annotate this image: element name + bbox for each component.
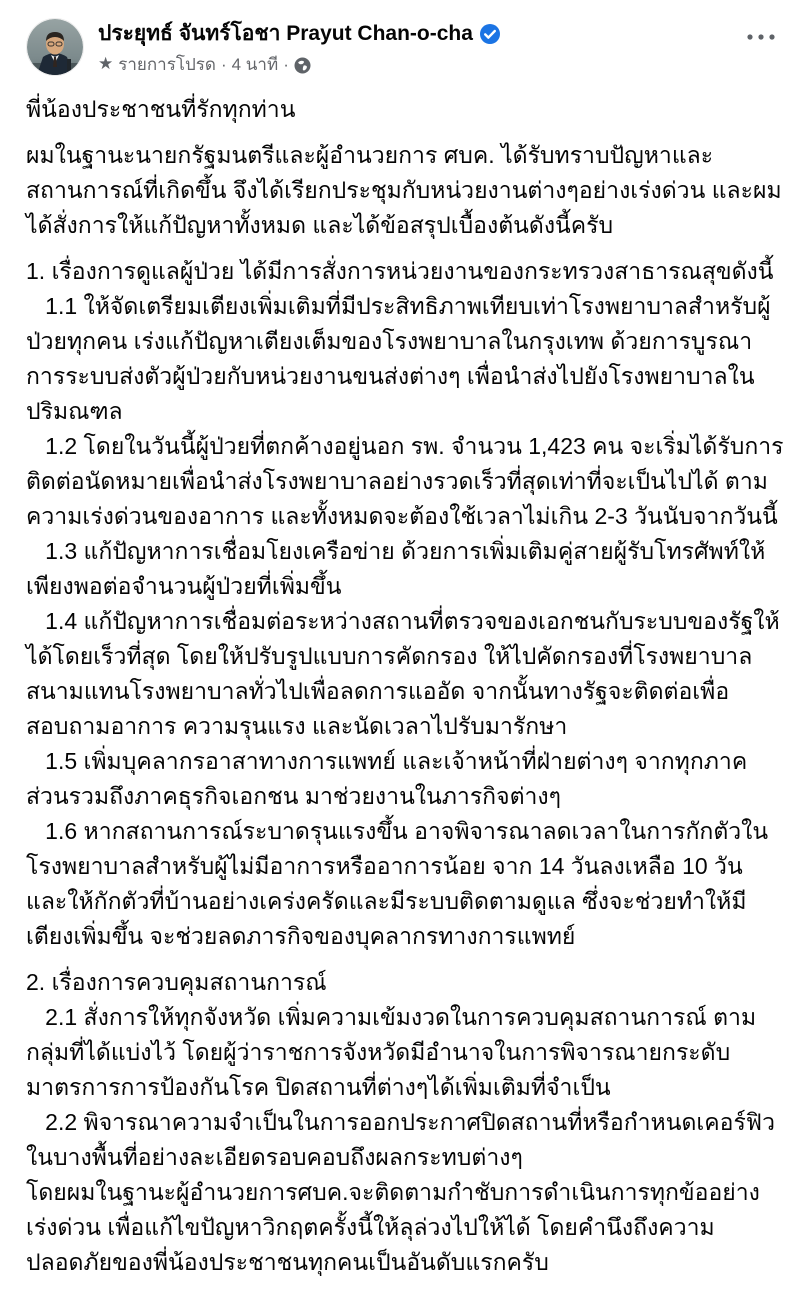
post-header-text: ประยุทธ์ จันทร์โอชา Prayut Chan-o-cha ★ … [98,18,740,78]
facebook-post: ประยุทธ์ จันทร์โอชา Prayut Chan-o-cha ★ … [0,0,800,1300]
post-timestamp[interactable]: 4 นาที [232,51,279,78]
post-section-situation-control: 2. เรื่องการควบคุมสถานการณ์ 2.1 สั่งการใ… [26,965,786,1280]
meta-separator-icon: · [283,55,289,75]
profile-avatar[interactable] [26,18,84,76]
more-options-button[interactable] [740,18,782,56]
post-meta-row: ★ รายการโปรด · 4 นาที · [98,51,740,78]
post-paragraph-intro: ผมในฐานะนายกรัฐมนตรีและผู้อำนวยการ ศบค. … [26,138,786,243]
avatar-photo [27,19,83,75]
post-paragraph-greeting: พี่น้องประชาชนที่รักทุกท่าน [26,92,786,127]
name-row: ประยุทธ์ จันทร์โอชา Prayut Chan-o-cha [98,21,740,46]
favorites-star-icon: ★ [98,55,113,72]
favorites-label: รายการโปรด [118,51,216,78]
profile-name-link[interactable]: ประยุทธ์ จันทร์โอชา Prayut Chan-o-cha [98,21,473,46]
three-dots-icon [746,32,776,42]
post-header: ประยุทธ์ จันทร์โอชา Prayut Chan-o-cha ★ … [0,0,800,82]
meta-separator-icon: · [221,55,227,75]
post-content: พี่น้องประชาชนที่รักทุกท่าน ผมในฐานะนายก… [0,82,800,1300]
post-section-patient-care: 1. เรื่องการดูแลผู้ป่วย ได้มีการสั่งการห… [26,254,786,954]
privacy-globe-icon [294,57,311,74]
verified-badge-icon [480,24,500,44]
